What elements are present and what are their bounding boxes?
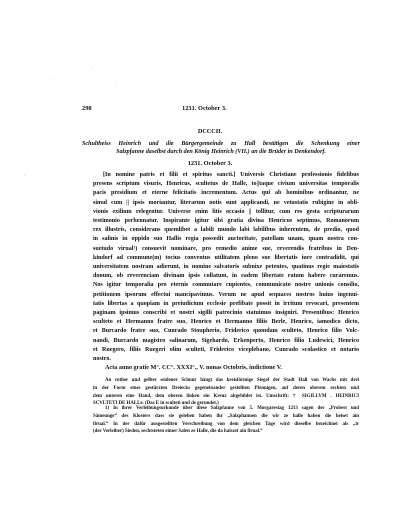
text-line: tatis libertas a quopiam in preiudicium …: [93, 300, 359, 309]
text-line: petitionem ipsorum effectui mancipavimus…: [93, 291, 359, 300]
scan-speck: [50, 78, 51, 79]
document-number: DCCCII.: [60, 128, 360, 135]
scan-speck: [24, 175, 25, 176]
text-line: sculteto et Hermanno fratre suo, Henrico…: [93, 318, 359, 327]
text-line: rex illustris, considerans quemlibet a l…: [93, 226, 359, 235]
running-head-date: 1231. October 3.: [182, 105, 227, 112]
document-date: 1231. October 3.: [60, 160, 360, 167]
page-number: 298: [82, 105, 92, 112]
footnote-line: Sämeunge“ des Klosters dass sie gelehen …: [93, 413, 359, 421]
text-line: kindorf ad commune(m) tocius conventus u…: [93, 254, 359, 263]
scan-speck: [92, 68, 93, 69]
text-line: et Burcardo fratre suo, Cunrado Stoupher…: [93, 327, 359, 336]
regest-summary: Schultheiss Heinrich und die Bürgergemei…: [82, 140, 360, 156]
text-line: [In nomine patris et filii et spiritus s…: [93, 171, 359, 180]
scan-speck: [115, 82, 116, 83]
regest-line-1: Schultheiss Heinrich und die Bürgergemei…: [82, 140, 360, 148]
seal-note-line: dem unteren eine Hand, dem oberen linken…: [93, 393, 359, 401]
running-head: 298 1231. October 3.: [82, 105, 358, 115]
seal-note-line: An rother und gelber seidener Schnur hän…: [93, 377, 359, 385]
footnote-line: firual.“ In der dafür ausgestellten Vers…: [93, 421, 359, 429]
text-line: vionis exilium relegentur. Universe enim…: [93, 208, 359, 217]
text-line: pacis presidium et eterne felicitatis in…: [93, 189, 359, 198]
footnote-line: 1) In ihrer Verleihungsurkunde über dies…: [93, 405, 359, 413]
text-line: Nos igitur temporalia pro eternis commut…: [93, 281, 359, 290]
charter-text: [In nomine patris et filii et spiritus s…: [93, 171, 359, 364]
seal-note-line: in der Form eines gestürzten Dreiecks ge…: [93, 385, 359, 393]
text-line: testimonio perhennatur. Inspirante igitu…: [93, 217, 359, 226]
dating-clause: Acta anno gratie M°. CC°. XXXI°., V. non…: [105, 364, 282, 371]
text-line: et Ruegero, filiis Ruegeri olim sculteti…: [93, 346, 359, 355]
text-line: universitatem nostram adierunt, in nomin…: [93, 263, 359, 272]
document-page: 298 1231. October 3. DCCCII. Schultheiss…: [0, 0, 417, 512]
text-line: nostro.: [93, 355, 359, 364]
footnote: 1) In ihrer Verleihungsurkunde über dies…: [93, 405, 359, 436]
text-line: suetudo virual¹) consuevit nominare, pro…: [93, 245, 359, 254]
text-line: nandi, Burcardo magistro salinarum, Sige…: [93, 337, 359, 346]
text-line: simul cum || ipsis moriantur, literarum …: [93, 199, 359, 208]
seal-description: An rother und gelber seidener Schnur hän…: [93, 377, 359, 408]
regest-line-2: Salzpfanne daselbst durch den König Hein…: [82, 148, 360, 156]
scan-speck: [390, 218, 391, 219]
text-line: donum, ob reverenciam divinam ipsis coll…: [93, 272, 359, 281]
footnote-line: (der Verleiher) Sieden, sechtsteten eime…: [93, 428, 359, 436]
text-line: presens scriptum visuris, Henricus, scul…: [93, 180, 359, 189]
text-line: in salinis in oppido suo Hallis regia po…: [93, 235, 359, 244]
text-line: paginam ipsimus conscribi et nostri sigi…: [93, 309, 359, 318]
